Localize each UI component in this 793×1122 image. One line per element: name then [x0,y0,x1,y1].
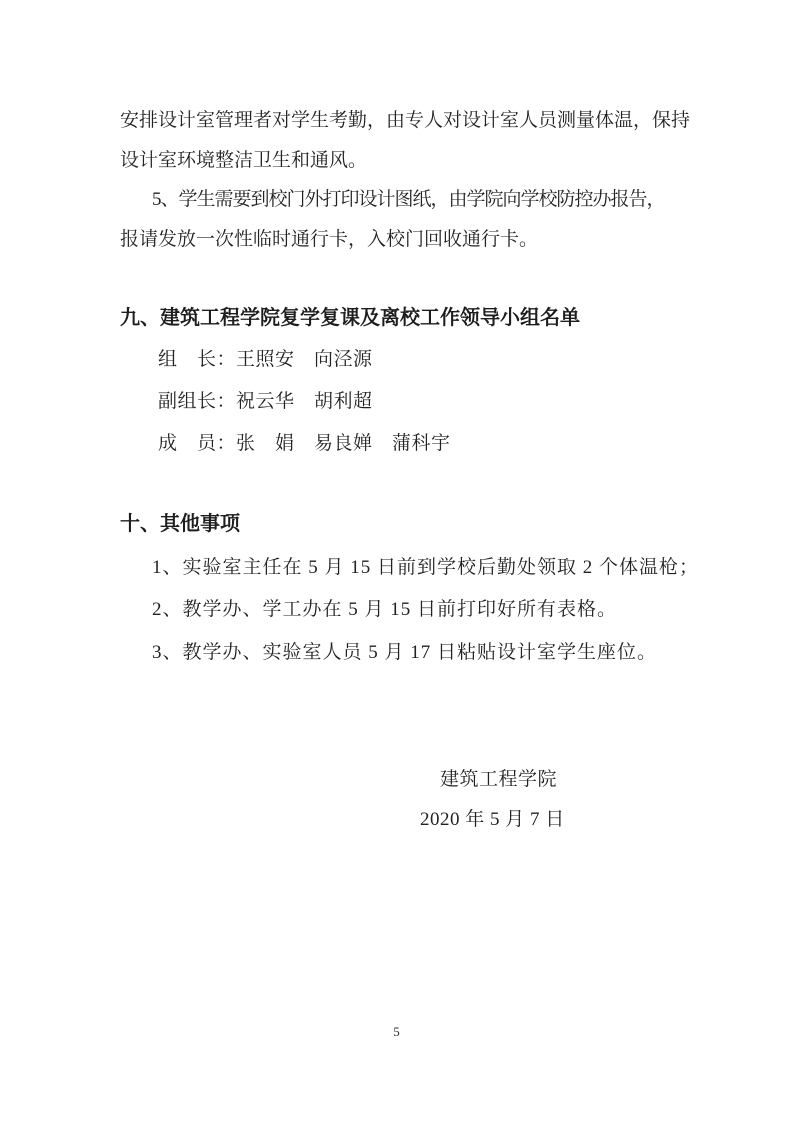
paragraph-line: 报请发放一次性临时通行卡，入校门回收通行卡。 [120,220,680,260]
section-ten-heading: 十、其他事项 [120,509,240,539]
document-page: 安排设计室管理者对学生考勤，由专人对设计室人员测量体温，保持 设计室环境整洁卫生… [0,0,793,1122]
list-item: 1、实验室主任在 5 月 15 日前到学校后勤处领取 2 个体温枪； [120,553,699,583]
section-nine-heading: 九、建筑工程学院复学复课及离校工作领导小组名单 [120,303,580,333]
list-item: 3、教学办、实验室人员 5 月 17 日粘贴设计室学生座位。 [120,638,657,668]
list-item: 2、教学办、学工办在 5 月 15 日前打印好所有表格。 [120,595,617,625]
members-line: 成 员：张 娟 易良婵 蒲科宇 [158,429,451,459]
signature-organization: 建筑工程学院 [440,765,557,795]
signature-date: 2020 年 5 月 7 日 [420,805,565,835]
leader-group-line: 组 长：王照安 向泾源 [158,345,373,375]
paragraph-line: 设计室环境整洁卫生和通风。 [120,141,680,181]
paragraph-line: 5、学生需要到校门外打印设计图纸，由学院向学校防控办报告， [120,180,680,220]
body-paragraph-item5: 5、学生需要到校门外打印设计图纸，由学院向学校防控办报告， 报请发放一次性临时通… [120,180,680,260]
paragraph-line: 安排设计室管理者对学生考勤，由专人对设计室人员测量体温，保持 [120,101,680,141]
deputy-leader-line: 副组长：祝云华 胡利超 [158,387,373,417]
body-paragraph-continuation: 安排设计室管理者对学生考勤，由专人对设计室人员测量体温，保持 设计室环境整洁卫生… [120,101,680,181]
page-number: 5 [0,1022,793,1042]
